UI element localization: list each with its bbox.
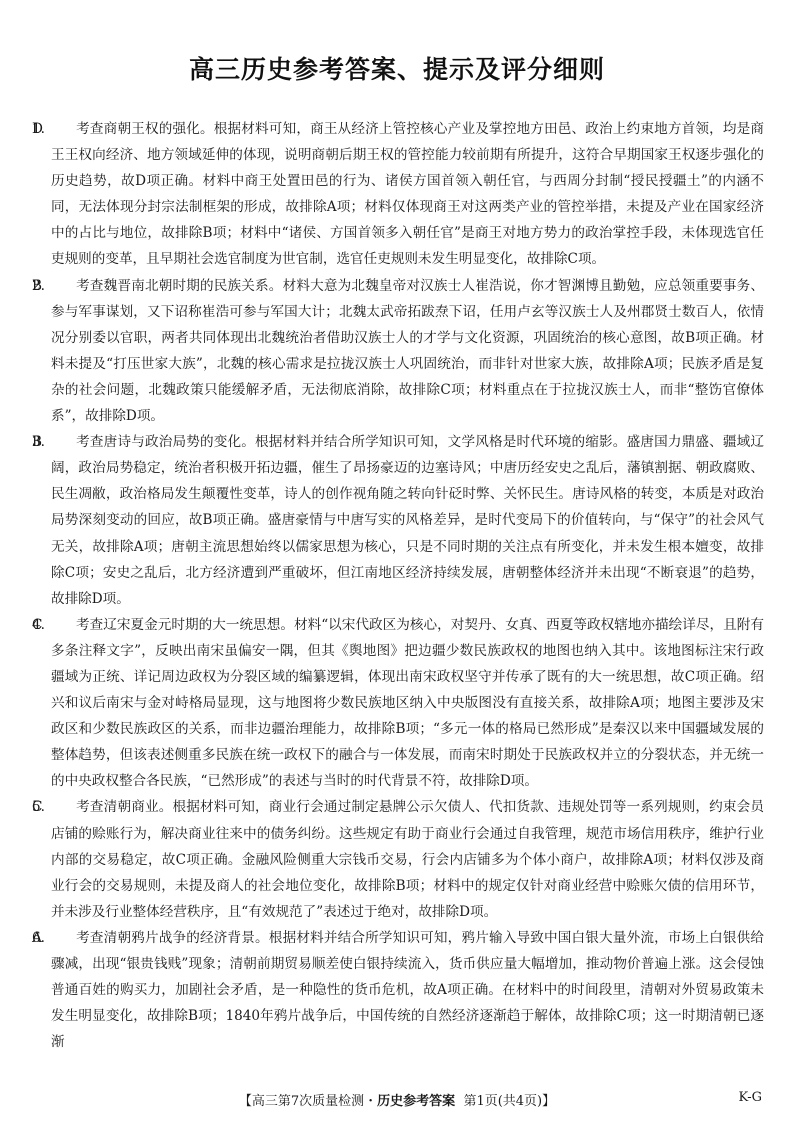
item-answer: A xyxy=(51,925,76,951)
answer-list: 1.D考查商朝王权的强化。根据材料可知，商王从经济上管控核心产业及掌控地方田邑、… xyxy=(32,116,764,1055)
item-explanation: 考查唐诗与政治局势的变化。根据材料并结合所学知识可知，文学风格是时代环境的缩影。… xyxy=(51,434,764,607)
item-explanation: 考查清朝商业。根据材料可知，商业行会通过制定悬牌公示欠债人、代扣货款、违规处罚等… xyxy=(51,799,764,919)
footer-subject: 历史参考答案 xyxy=(377,1094,455,1109)
footer-page-info: 第1页(共4页) xyxy=(463,1094,542,1109)
footer-bracket-close: 】 xyxy=(542,1094,555,1109)
footer-exam-name: 高三第7次质量检测・ xyxy=(252,1094,377,1109)
answer-item-3: 3.B考查唐诗与政治局势的变化。根据材料并结合所学知识可知，文学风格是时代环境的… xyxy=(32,429,764,612)
page-title: 高三历史参考答案、提示及评分细则 xyxy=(0,50,794,86)
answer-item-5: 5.C考查清朝商业。根据材料可知，商业行会通过制定悬牌公示欠债人、代扣货款、违规… xyxy=(32,794,764,924)
item-explanation: 考查魏晋南北朝时期的民族关系。材料大意为北魏皇帝对汉族士人崔浩说，你才智渊博且勤… xyxy=(51,278,764,424)
item-answer: C xyxy=(51,794,76,820)
item-explanation: 考查辽宋夏金元时期的大一统思想。材料“以宋代政区为核心，对契丹、女真、西夏等政权… xyxy=(51,617,764,790)
footer-code: K-G xyxy=(738,1090,762,1105)
answer-item-6: 6.A考查清朝鸦片战争的经济背景。根据材料并结合所学知识可知，鸦片输入导致中国白… xyxy=(32,925,764,1055)
answer-item-1: 1.D考查商朝王权的强化。根据材料可知，商王从经济上管控核心产业及掌控地方田邑、… xyxy=(32,116,764,273)
answer-item-2: 2.B考查魏晋南北朝时期的民族关系。材料大意为北魏皇帝对汉族士人崔浩说，你才智渊… xyxy=(32,273,764,430)
item-explanation: 考查清朝鸦片战争的经济背景。根据材料并结合所学知识可知，鸦片输入导致中国白银大量… xyxy=(51,930,764,1050)
item-answer: C xyxy=(51,612,76,638)
answer-item-4: 4.C考查辽宋夏金元时期的大一统思想。材料“以宋代政区为核心，对契丹、女真、西夏… xyxy=(32,612,764,795)
item-explanation: 考查商朝王权的强化。根据材料可知，商王从经济上管控核心产业及掌控地方田邑、政治上… xyxy=(51,121,764,267)
footer-caption: 【高三第7次质量检测・历史参考答案 第1页(共4页)】 xyxy=(0,1090,794,1109)
item-answer: B xyxy=(51,429,76,455)
item-answer: D xyxy=(51,116,76,142)
item-answer: B xyxy=(51,273,76,299)
footer-bracket-open: 【 xyxy=(239,1094,252,1109)
